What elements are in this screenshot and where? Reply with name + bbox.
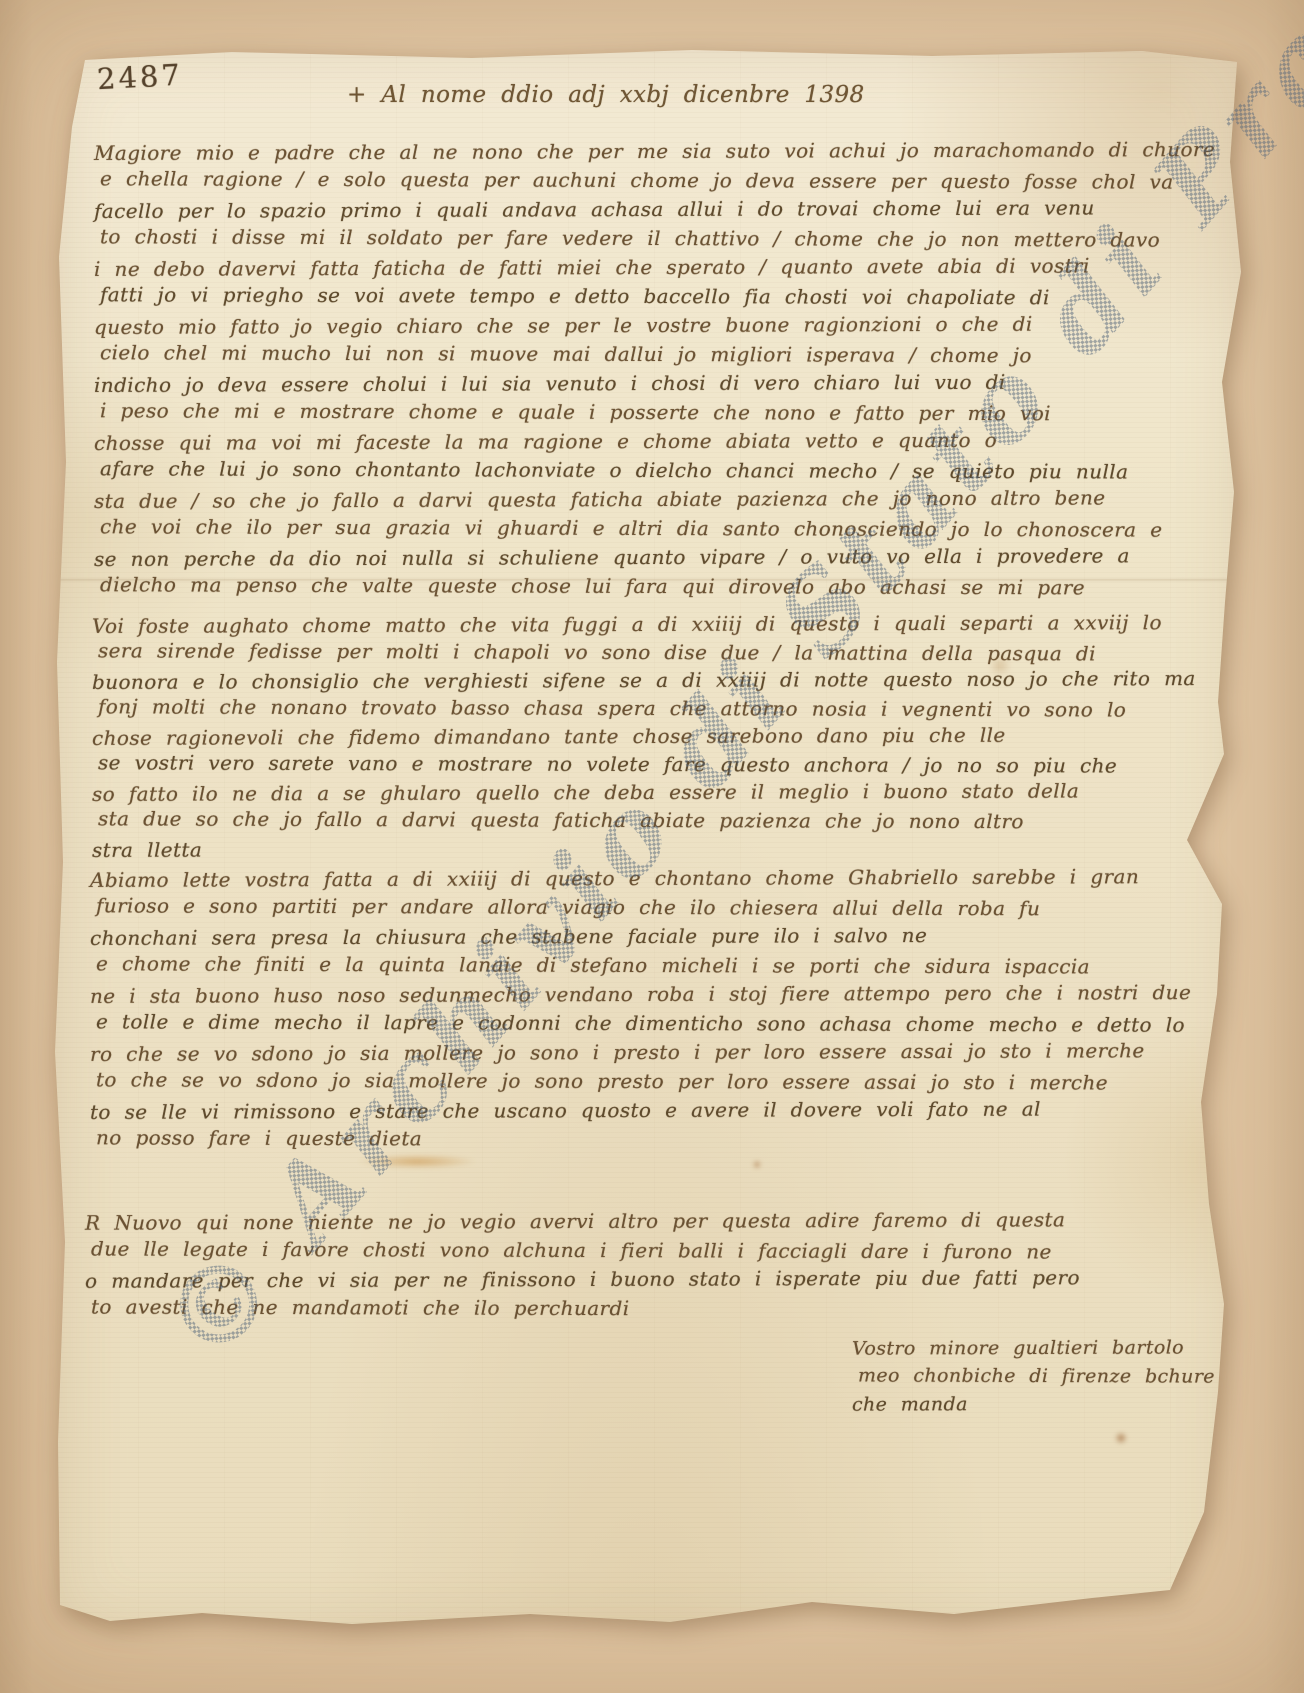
manuscript-line: chosse qui ma voi mi faceste la ma ragio… — [94, 425, 1215, 458]
manuscript-line: R Nuovo qui none niente ne jo vegio aver… — [85, 1205, 1080, 1237]
manuscript-line: e chella ragione / e solo questa per auc… — [100, 164, 1221, 197]
paragraph-4: R Nuovo qui none niente ne jo vegio aver… — [85, 1207, 1080, 1323]
manuscript-line: se non perche da dio noi nulla si schuli… — [94, 541, 1215, 574]
manuscript-line: e chome che finiti e la quinta lanaie di… — [96, 949, 1197, 981]
manuscript-line: no posso fare i queste dieta — [96, 1123, 1197, 1155]
manuscript-line: fonj molti che nonano trovato basso chas… — [98, 692, 1202, 723]
signature-block: Vostro minore gualtieri bartolo meo chon… — [852, 1334, 1209, 1418]
manuscript-line: chose ragionevoli che fidemo dimandano t… — [92, 720, 1196, 752]
fold-crease — [52, 578, 1244, 582]
manuscript-line: ro che se vo sdono jo sia mollere jo son… — [90, 1036, 1191, 1069]
manuscript-line: cielo chel mi mucho lui non si muove mai… — [100, 338, 1221, 371]
ink-stain — [357, 1154, 477, 1169]
manuscript-line: facello per lo spazio primo i quali anda… — [94, 193, 1215, 226]
manuscript-page: 2487 + Al nome ddio adj xxbj dicenbre 13… — [52, 42, 1244, 1640]
rust-spot — [752, 1160, 762, 1169]
manuscript-line: questo mio fatto jo vegio chiaro che se … — [94, 309, 1215, 342]
paragraph-1: Magiore mio e padre che al ne nono che p… — [94, 137, 1215, 601]
manuscript-line: to che se vo sdono jo sia mollere jo son… — [96, 1065, 1197, 1097]
manuscript-line: to avesti che ne mandamoti che ilo perch… — [91, 1292, 1086, 1324]
manuscript-line: so fatto ilo ne dia a se ghularo quello … — [92, 776, 1196, 808]
letter-heading: + Al nome ddio adj xxbj dicenbre 1398 — [347, 82, 865, 108]
paragraph-2: Voi foste aughato chome matto che vita f… — [92, 610, 1196, 862]
manuscript-line: to se lle vi rimissono e stare che uscan… — [90, 1094, 1191, 1127]
manuscript-line: o mandare per che vi sia per ne finisson… — [85, 1263, 1080, 1295]
manuscript-line: sera sirende fedisse per molti i chapoli… — [98, 636, 1202, 667]
paragraph-3: Abiamo lette vostra fatta a di xxiiij di… — [90, 864, 1191, 1154]
manuscript-line: furioso e sono partiti per andare allora… — [96, 891, 1197, 923]
paper-shadow: 2487 + Al nome ddio adj xxbj dicenbre 13… — [0, 0, 1192, 1598]
manuscript-line: ne i sta buono huso noso sedunmecho vend… — [90, 978, 1191, 1011]
manuscript-line: dielcho ma penso che valte queste chose … — [100, 570, 1221, 603]
manuscript-line: sta due so che jo fallo a darvi questa f… — [98, 804, 1202, 835]
rust-spot — [1114, 1432, 1128, 1444]
manuscript-line: chonchani sera presa la chiusura che sta… — [90, 920, 1191, 953]
manuscript-line: Abiamo lette vostra fatta a di xxiiij di… — [90, 862, 1191, 895]
manuscript-line: indicho jo deva essere cholui i lui sia … — [94, 367, 1215, 400]
manuscript-line: i ne debo davervi fatta faticha de fatti… — [94, 251, 1215, 284]
manuscript-line: stra lletta — [92, 832, 1196, 864]
manuscript-line: Magiore mio e padre che al ne nono che p… — [94, 135, 1215, 168]
foxing-spot — [987, 657, 1013, 675]
scan-background: 2487 + Al nome ddio adj xxbj dicenbre 13… — [0, 0, 1304, 1693]
archive-number: 2487 — [96, 58, 183, 96]
manuscript-line: sta due / so che jo fallo a darvi questa… — [94, 483, 1215, 516]
manuscript-line: che voi che ilo per sua grazia vi ghuard… — [100, 512, 1221, 545]
manuscript-line: buonora e lo chonsiglio che verghiesti s… — [92, 664, 1196, 696]
manuscript-line: i peso che mi e mostrare chome e quale i… — [100, 396, 1221, 429]
signature-line: meo chonbiche di firenze bchure — [858, 1361, 1215, 1390]
signature-line: che manda — [852, 1389, 1209, 1418]
manuscript-line: due lle legate i favore chosti vono alch… — [91, 1234, 1086, 1266]
manuscript-line: to chosti i disse mi il soldato per fare… — [100, 222, 1221, 255]
manuscript-line: se vostri vero sarete vano e mostrare no… — [98, 748, 1202, 779]
manuscript-line: afare che lui jo sono chontanto lachonvi… — [100, 454, 1221, 487]
signature-line: Vostro minore gualtieri bartolo — [852, 1333, 1209, 1362]
manuscript-line: Voi foste aughato chome matto che vita f… — [92, 608, 1196, 640]
manuscript-line: e tolle e dime mecho il lapre e codonni … — [96, 1007, 1197, 1039]
manuscript-line: fatti jo vi priegho se voi avete tempo e… — [100, 280, 1221, 313]
